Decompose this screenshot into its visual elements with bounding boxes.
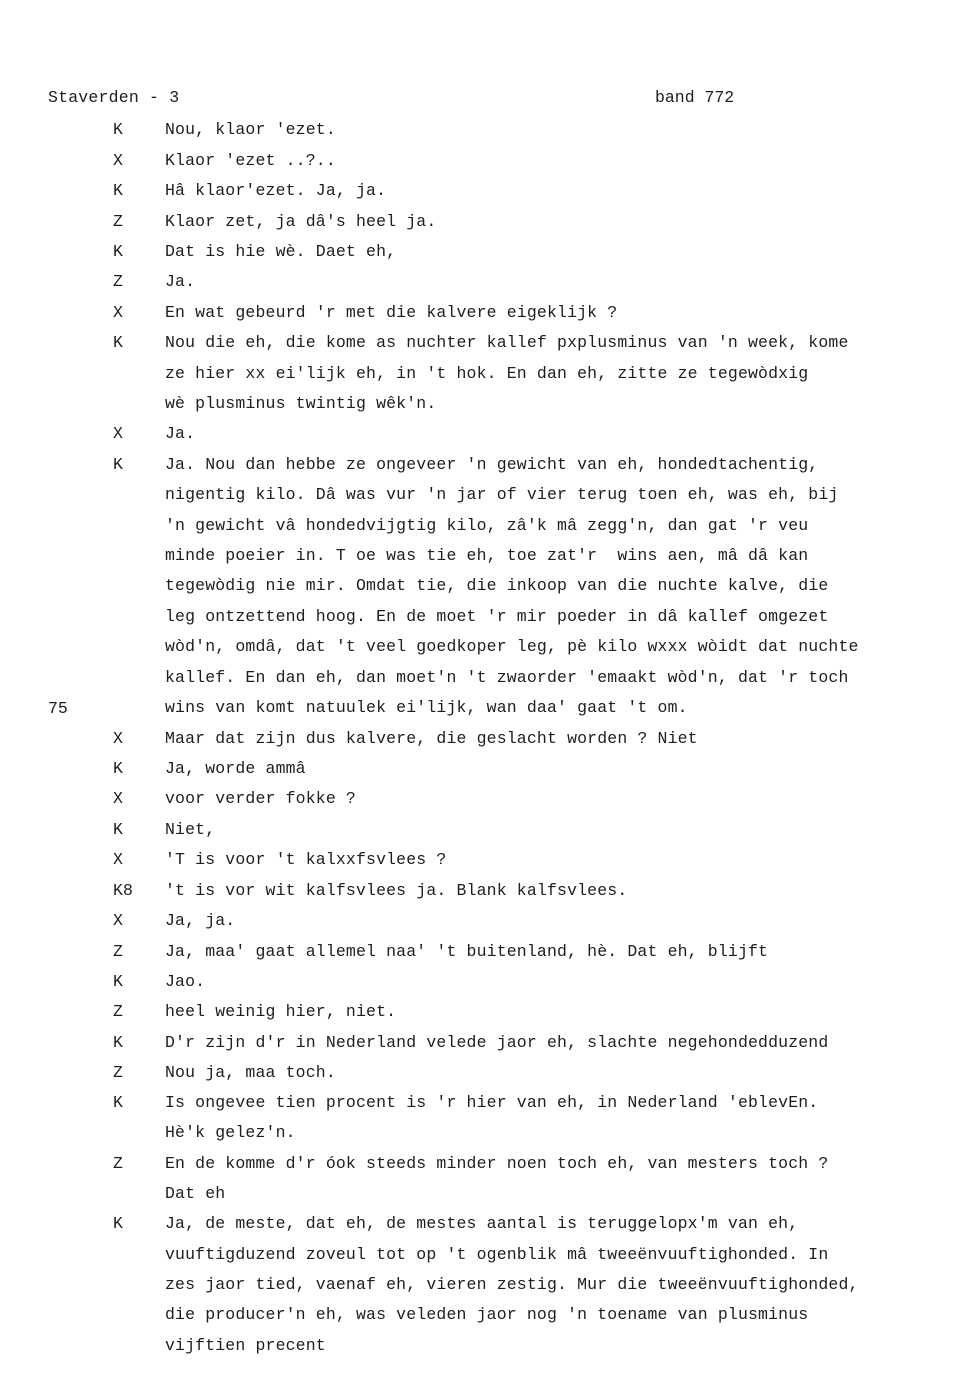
utterance-text: wòd'n, omdâ, dat 't veel goedkoper leg, … <box>165 635 859 659</box>
speaker-label: K <box>113 240 123 264</box>
utterance-text: 'n gewicht vâ hondedvijgtig kilo, zâ'k m… <box>165 514 808 538</box>
utterance-text: Niet, <box>165 818 215 842</box>
speaker-label: K <box>113 453 123 477</box>
tape-number: band 772 <box>655 88 734 107</box>
speaker-label: X <box>113 848 123 872</box>
utterance-text: Nou die eh, die kome as nuchter kallef p… <box>165 331 849 355</box>
speaker-label: K <box>113 757 123 781</box>
speaker-label: X <box>113 149 123 173</box>
speaker-label: X <box>113 301 123 325</box>
utterance-text: minde poeier in. T oe was tie eh, toe za… <box>165 544 808 568</box>
transcript-page: Staverden - 3 band 772 75 KNou, klaor 'e… <box>0 0 973 1394</box>
speaker-label: K <box>113 1212 123 1236</box>
speaker-label: Z <box>113 1000 123 1024</box>
utterance-text: Dat is hie wè. Daet eh, <box>165 240 396 264</box>
speaker-label: Z <box>113 270 123 294</box>
margin-line-number: 75 <box>48 697 68 721</box>
speaker-label: K8 <box>113 879 133 903</box>
utterance-text: Klaor 'ezet ..?.. <box>165 149 336 173</box>
utterance-text: Nou ja, maa toch. <box>165 1061 336 1085</box>
utterance-text: D'r zijn d'r in Nederland velede jaor eh… <box>165 1031 828 1055</box>
utterance-text: En wat gebeurd 'r met die kalvere eigekl… <box>165 301 617 325</box>
page-title: Staverden - 3 <box>48 88 179 107</box>
utterance-text: Is ongevee tien procent is 'r hier van e… <box>165 1091 818 1115</box>
speaker-label: Z <box>113 210 123 234</box>
utterance-text: Nou, klaor 'ezet. <box>165 118 336 142</box>
utterance-text: Jao. <box>165 970 205 994</box>
speaker-label: X <box>113 787 123 811</box>
utterance-text: 't is vor wit kalfsvlees ja. Blank kalfs… <box>165 879 627 903</box>
speaker-label: K <box>113 1091 123 1115</box>
utterance-text: zes jaor tied, vaenaf eh, vieren zestig.… <box>165 1273 859 1297</box>
utterance-text: Hâ klaor'ezet. Ja, ja. <box>165 179 386 203</box>
utterance-text: Dat eh <box>165 1182 225 1206</box>
utterance-text: nigentig kilo. Dâ was vur 'n jar of vier… <box>165 483 838 507</box>
utterance-text: voor verder fokke ? <box>165 787 356 811</box>
utterance-text: Ja. Nou dan hebbe ze ongeveer 'n gewicht… <box>165 453 818 477</box>
utterance-text: ze hier xx ei'lijk eh, in 't hok. En dan… <box>165 362 808 386</box>
utterance-text: vuuftigduzend zoveul tot op 't ogenblik … <box>165 1243 828 1267</box>
speaker-label: K <box>113 970 123 994</box>
utterance-text: Klaor zet, ja dâ's heel ja. <box>165 210 436 234</box>
speaker-label: K <box>113 118 123 142</box>
speaker-label: X <box>113 727 123 751</box>
utterance-text: Hè'k gelez'n. <box>165 1121 296 1145</box>
utterance-text: die producer'n eh, was veleden jaor nog … <box>165 1303 808 1327</box>
utterance-text: Ja, de meste, dat eh, de mestes aantal i… <box>165 1212 798 1236</box>
speaker-label: Z <box>113 940 123 964</box>
utterance-text: Ja, ja. <box>165 909 235 933</box>
utterance-text: kallef. En dan eh, dan moet'n 't zwaorde… <box>165 666 849 690</box>
speaker-label: Z <box>113 1061 123 1085</box>
speaker-label: K <box>113 1031 123 1055</box>
utterance-text: Ja, maa' gaat allemel naa' 't buitenland… <box>165 940 768 964</box>
utterance-text: leg ontzettend hoog. En de moet 'r mir p… <box>165 605 828 629</box>
utterance-text: wè plusminus twintig wêk'n. <box>165 392 436 416</box>
speaker-label: X <box>113 422 123 446</box>
utterance-text: heel weinig hier, niet. <box>165 1000 396 1024</box>
speaker-label: K <box>113 179 123 203</box>
speaker-label: K <box>113 818 123 842</box>
utterance-text: Ja. <box>165 270 195 294</box>
speaker-label: Z <box>113 1152 123 1176</box>
speaker-label: K <box>113 331 123 355</box>
utterance-text: 'T is voor 't kalxxfsvlees ? <box>165 848 446 872</box>
utterance-text: Ja, worde ammâ <box>165 757 306 781</box>
utterance-text: wins van komt natuulek ei'lijk, wan daa'… <box>165 696 688 720</box>
utterance-text: Maar dat zijn dus kalvere, die geslacht … <box>165 727 698 751</box>
utterance-text: En de komme d'r óok steeds minder noen t… <box>165 1152 828 1176</box>
utterance-text: tegewòdig nie mir. Omdat tie, die inkoop… <box>165 574 828 598</box>
speaker-label: X <box>113 909 123 933</box>
utterance-text: Ja. <box>165 422 195 446</box>
utterance-text: vijftien precent <box>165 1334 326 1358</box>
